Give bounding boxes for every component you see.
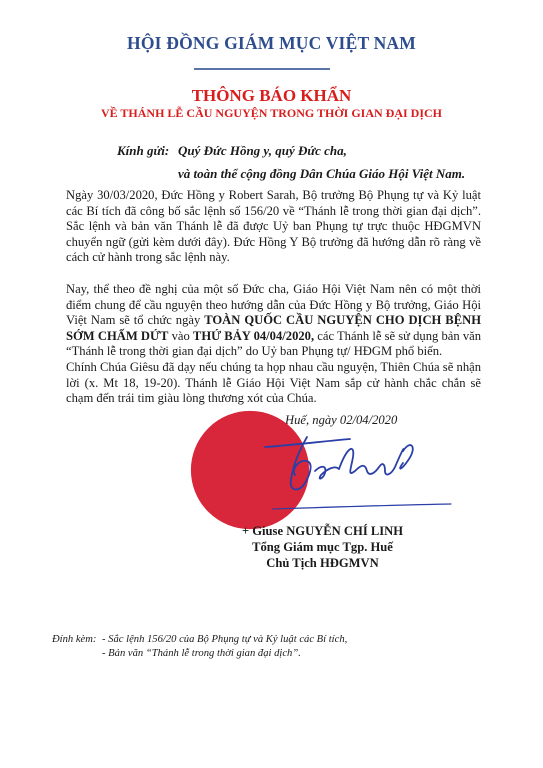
organization-name: HỘI ĐỒNG GIÁM MỤC VIỆT NAM	[0, 33, 543, 54]
signer-position: Chủ Tịch HĐGMVN	[215, 555, 430, 571]
paragraph-closing: Chính Chúa Giêsu đã dạy nếu chúng ta họp…	[66, 360, 481, 407]
attachments-label: Đính kèm:	[52, 633, 96, 647]
greeting-label: Kính gửi:	[117, 143, 169, 159]
attachment-item: - Sắc lệnh 156/20 của Bộ Phụng tự và Kỷ …	[102, 633, 347, 647]
announcement-text-b: vào	[168, 329, 193, 343]
document-subtitle: VỀ THÁNH LỄ CẦU NGUYỆN TRONG THỜI GIAN Đ…	[0, 106, 543, 121]
signer-name: + Giuse NGUYỄN CHÍ LINH	[215, 523, 430, 539]
signature-block: + Giuse NGUYỄN CHÍ LINH Tổng Giám mục Tg…	[215, 523, 430, 571]
paragraph-decree: Ngày 30/03/2020, Đức Hồng y Robert Sarah…	[66, 188, 481, 266]
signature-scribble	[255, 425, 455, 515]
attachment-item: - Bản văn “Thánh lễ trong thời gian đại …	[102, 647, 301, 661]
paragraph-announcement: Nay, thể theo đề nghị của một số Đức cha…	[66, 282, 481, 360]
document-title: THÔNG BÁO KHẨN	[0, 86, 543, 106]
header-divider	[194, 68, 330, 70]
announcement-date: THỨ BẢY 04/04/2020,	[193, 329, 314, 343]
signer-title: Tổng Giám mục Tgp. Huế	[215, 539, 430, 555]
greeting-recipients-1: Quý Đức Hồng y, quý Đức cha,	[178, 143, 347, 159]
greeting-recipients-2: và toàn thể cộng đồng Dân Chúa Giáo Hội …	[178, 166, 465, 182]
